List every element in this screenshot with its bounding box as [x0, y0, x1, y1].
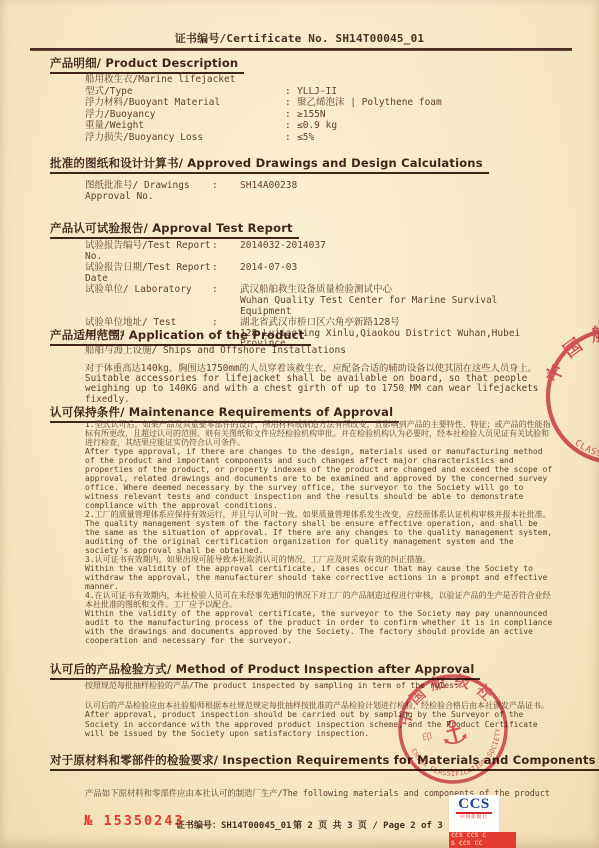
- maintenance-paragraph: 1.型式认可后，如果产品及其重要零部件的设计、所用材料或制造方法有所改变，且影响…: [85, 420, 553, 447]
- row-value: 2014-07-03: [240, 263, 297, 284]
- certificate-page: 证书编号/Certificate No. SH14T00045_01 产品明细/…: [0, 0, 599, 848]
- row-value: 2014032-2014037: [240, 241, 326, 262]
- inspection-paragraph-en: After approval, product inspection shoul…: [85, 710, 553, 739]
- table-row: 浮力损失/Buoyancy Loss : ≤5%: [85, 132, 553, 144]
- table-row: 图纸批准号/ Drawings Approval No. : SH14A0023…: [85, 181, 553, 202]
- product-description-block: 船用救生衣/Marine lifejacket 型式/Type : YLLJ-I…: [85, 74, 553, 144]
- ccs-logo-text: CCS: [449, 796, 499, 812]
- edge-seal-classification: CLASSIFICATION SO: [572, 426, 599, 467]
- approved-drawings-block: 图纸批准号/ Drawings Approval No. : SH14A0023…: [85, 181, 553, 203]
- table-row: 浮力材料/Buoyant Material : 聚乙烯泡沫 | Polythen…: [85, 97, 553, 109]
- footer-page-info: 第 2 页 共 3 页 / Page 2 of 3: [293, 818, 443, 831]
- table-row: 浮力/Buoyancy : ≥155N: [85, 109, 553, 121]
- maintenance-paragraph: Within the validity of the approval cert…: [85, 609, 553, 645]
- row-label: 试验报告日期/Test Report Date: [85, 263, 212, 284]
- product-name: 船用救生衣/Marine lifejacket: [85, 74, 285, 86]
- footer-certificate-number: 证书编号：SH14T00045_01: [176, 818, 291, 831]
- maintenance-paragraph: 2.工厂的质量管理体系应保持有效运行，并且与认可时一致。如果质量管理体系发生改变…: [85, 510, 553, 519]
- section-title-product-description: 产品明细/ Product Description: [50, 55, 244, 74]
- row-colon: :: [212, 181, 240, 202]
- row-label: 浮力损失/Buoyancy Loss: [85, 132, 285, 144]
- section-title-materials-inspection: 对于原材料和零部件的检验要求/ Inspection Requirements …: [50, 752, 599, 771]
- serial-number: №15350243: [84, 813, 184, 829]
- row-value: ≥155N: [297, 109, 326, 121]
- section-title-application: 产品适用范围/ Application of the Product: [50, 327, 311, 346]
- section-title-test-report: 产品认可试验报告/ Approval Test Report: [50, 220, 299, 239]
- maintenance-paragraph: 4.在认可证书有效期内，本社检验人员可在未经事先通知的情况下对工厂的产品制造过程…: [85, 591, 553, 609]
- ccs-logo-underline: [456, 812, 492, 814]
- table-row: 试验报告日期/Test Report Date : 2014-07-03: [85, 263, 553, 284]
- inspection-paragraph: 按照规范每批抽样检验的产品/The product inspected by s…: [85, 681, 553, 691]
- ccs-logo-cn-text: 中国船级社: [449, 815, 499, 821]
- maintenance-paragraph: After type approval, if there are change…: [85, 447, 553, 510]
- inspection-method-block: 按照规范每批抽样检验的产品/The product inspected by s…: [85, 681, 553, 739]
- product-name-row: 船用救生衣/Marine lifejacket: [85, 74, 553, 86]
- certificate-number-header: 证书编号/Certificate No. SH14T00045_01: [0, 30, 599, 46]
- table-row: 试验报告编号/Test Report No. : 2014032-2014037: [85, 241, 553, 262]
- row-label: 重量/Weight: [85, 120, 285, 132]
- ccs-logo: CCS 中国船级社: [449, 795, 499, 832]
- row-label: 型式/Type: [85, 86, 285, 98]
- row-colon: :: [285, 109, 297, 121]
- row-value: YLLJ-II: [297, 86, 337, 98]
- svg-text:CLASSIFICATION SO: CLASSIFICATION SO: [572, 426, 599, 467]
- maintenance-block: 1.型式认可后，如果产品及其重要零部件的设计、所用材料或制造方法有所改变，且影响…: [85, 420, 553, 645]
- row-colon: :: [285, 97, 297, 109]
- row-label: 图纸批准号/ Drawings Approval No.: [85, 181, 212, 202]
- row-value: SH14A00238: [240, 181, 297, 202]
- application-block: 船舶与海上设施/ Ships and Offshore Installation…: [85, 345, 553, 405]
- inspection-paragraph-cn: 认可后的产品检验应由本社验船师根据本社规范规定每批抽样按批准的产品检验计划进行检…: [85, 701, 553, 711]
- row-colon: :: [212, 241, 240, 262]
- row-colon: :: [212, 285, 240, 317]
- row-value: 武汉船舶救生设备质量检验测试中心 Wuhan Quality Test Cent…: [240, 285, 497, 317]
- anchor-icon: ⚓: [594, 364, 599, 431]
- maintenance-paragraph: Within the validity of the approval cert…: [85, 564, 553, 591]
- edge-stamp-mark: :0: [545, 366, 556, 377]
- serial-prefix: №: [84, 813, 93, 829]
- table-row: 试验单位/ Laboratory : 武汉船舶救生设备质量检验测试中心 Wuha…: [85, 285, 553, 317]
- row-colon: :: [285, 120, 297, 132]
- header-rule: [30, 48, 572, 51]
- ccs-pattern-strip: CCS CCS C S CCS CC: [449, 832, 516, 848]
- section-title-approved-drawings: 批准的图纸和设计计算书/ Approved Drawings and Desig…: [50, 155, 489, 174]
- row-label: 浮力/Buoyancy: [85, 109, 285, 121]
- application-scope: 船舶与海上设施/ Ships and Offshore Installation…: [85, 345, 553, 356]
- row-colon: :: [212, 263, 240, 284]
- maintenance-paragraph: The quality management system of the fac…: [85, 519, 553, 555]
- row-label: 试验单位/ Laboratory: [85, 285, 212, 317]
- row-colon: :: [285, 86, 297, 98]
- row-colon: :: [285, 132, 297, 144]
- row-label: 浮力材料/Buoyant Material: [85, 97, 285, 109]
- table-row: 型式/Type : YLLJ-II: [85, 86, 553, 98]
- section-title-inspection-method: 认可后的产品检验方式/ Method of Product Inspection…: [50, 661, 480, 680]
- maintenance-paragraph: 3.认可证书有效期内，如果出现可能导致本社取消认可的情况，工厂应及时采取有效的纠…: [85, 555, 553, 564]
- table-row: 重量/Weight : ≤0.9 kg: [85, 120, 553, 132]
- row-value: ≤5%: [297, 132, 314, 144]
- application-paragraph-en: Suitable accessories for lifejacket shal…: [85, 374, 553, 405]
- serial-digits: 15350243: [103, 813, 184, 829]
- row-label: 试验报告编号/Test Report No.: [85, 241, 212, 262]
- row-value: ≤0.9 kg: [297, 120, 337, 132]
- row-value: 聚乙烯泡沫 | Polythene foam: [297, 97, 442, 109]
